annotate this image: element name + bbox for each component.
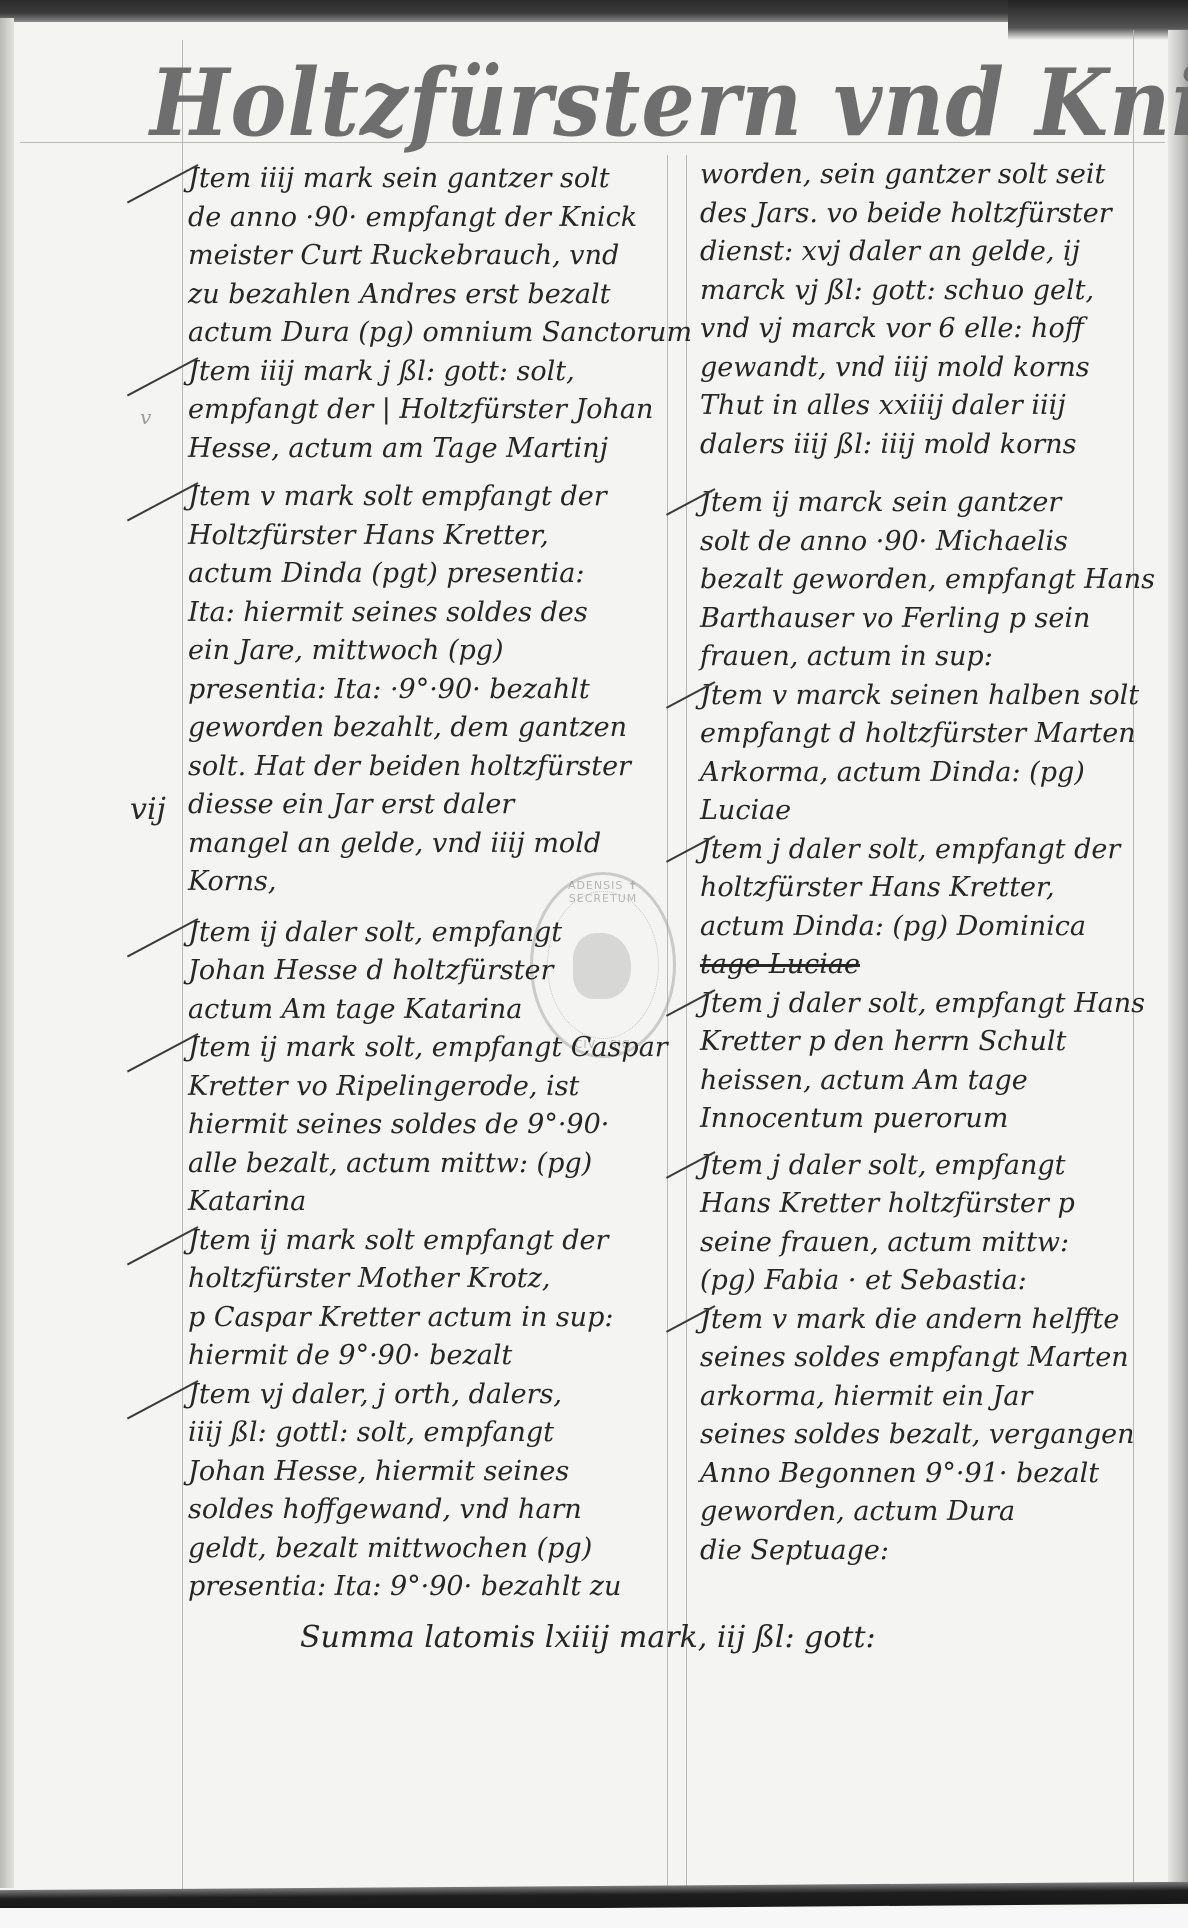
entry-line: holtzfürster Mother Krotz,	[188, 1260, 668, 1299]
entry-line: iiij ßl: gottl: solt, empfangt	[188, 1414, 668, 1453]
entry-line: des Jars. vo beide holtzfürster	[700, 195, 1155, 234]
entry-line: de anno ·90· empfangt der Knick	[188, 199, 668, 238]
ledger-entry: Jtem j daler solt, empfangt Hans Kretter…	[700, 1147, 1155, 1301]
entry-line: solt. Hat der beiden holtzfürster	[188, 748, 668, 787]
entry-line: seines soldes bezalt, vergangen	[700, 1416, 1155, 1455]
entry-line: frauen, actum in sup:	[700, 638, 1155, 677]
ledger-entry: Jtem ij mark solt, empfangt Caspar Krett…	[188, 1029, 668, 1222]
entry-line: vnd vj marck vor 6 elle: hoff	[700, 310, 1155, 349]
page-left-edge	[0, 18, 14, 1888]
entry-line: Kretter vo Ripelingerode, ist	[188, 1068, 668, 1107]
left-margin-rule	[182, 40, 183, 1890]
entry-line: gewandt, vnd iiij mold korns	[700, 349, 1155, 388]
entry-line: presentia: Ita: 9°·90· bezahlt zu	[188, 1568, 668, 1607]
ledger-entry: Jtem iiij mark sein gantzer solt de anno…	[188, 160, 668, 353]
entry-line: alle bezalt, actum mittw: (pg)	[188, 1145, 668, 1184]
entry-line: die Septuage:	[700, 1532, 1155, 1571]
entry-line: hiermit de 9°·90· bezalt	[188, 1337, 668, 1376]
entry-line: Thut in alles xxiiij daler iiij	[700, 387, 1155, 426]
entry-line: seines soldes empfangt Marten	[700, 1339, 1155, 1378]
entry-line: Johan Hesse d holtzfürster	[188, 952, 668, 991]
page-right-edge	[1168, 30, 1188, 1890]
entry-line: Jtem ij mark solt empfangt der	[188, 1222, 668, 1261]
ledger-entry: Jtem v marck seinen halben solt empfangt…	[700, 677, 1155, 831]
entry-line: marck vj ßl: gott: schuo gelt,	[700, 272, 1155, 311]
entry-line: Jtem iiij mark j ßl: gott: solt,	[188, 353, 668, 392]
entry-line: Jtem ij marck sein gantzer	[700, 484, 1155, 523]
entry-line: actum Dura (pg) omnium Sanctorum	[188, 314, 668, 353]
entry-line: mangel an gelde, vnd iiij mold	[188, 825, 668, 864]
ledger-entry: Jtem v mark die andern helffte seines so…	[700, 1301, 1155, 1571]
entry-line: Jtem v mark die andern helffte	[700, 1301, 1155, 1340]
entry-line: ein Jare, mittwoch (pg)	[188, 632, 668, 671]
entry-line: zu bezahlen Andres erst bezalt	[188, 276, 668, 315]
ledger-entry: Jtem v mark solt empfangt der Holtzfürst…	[188, 478, 668, 902]
entry-line: solt de anno ·90· Michaelis	[700, 523, 1155, 562]
entry-line: actum Dinda (pgt) presentia:	[188, 555, 668, 594]
entry-line: Holtzfürster Hans Kretter,	[188, 517, 668, 556]
entry-line: worden, sein gantzer solt seit	[700, 156, 1155, 195]
entry-line: Arkorma, actum Dinda: (pg)	[700, 754, 1155, 793]
entry-line: Jtem j daler solt, empfangt der	[700, 831, 1155, 870]
left-column: Jtem iiij mark sein gantzer solt de anno…	[188, 160, 668, 1607]
entry-line: actum Dinda: (pg) Dominica	[700, 908, 1155, 947]
entry-line: empfangt d holtzfürster Marten	[700, 715, 1155, 754]
ledger-entry: Jtem ij marck sein gantzer solt de anno …	[700, 484, 1155, 677]
entry-line: Luciae	[700, 792, 1155, 831]
entry-line: Jtem j daler solt, empfangt	[700, 1147, 1155, 1186]
ledger-entry: Jtem ij daler solt, empfangt Johan Hesse…	[188, 914, 668, 1030]
entry-line-struck: tage Luciae	[700, 946, 1155, 985]
entry-line: Korns,	[188, 863, 668, 902]
entry-line: bezalt geworden, empfangt Hans	[700, 561, 1155, 600]
ledger-entry: Jtem vj daler, j orth, dalers, iiij ßl: …	[188, 1376, 668, 1607]
page-total-summary: Summa latomis lxiiij mark, iij ßl: gott:	[300, 1620, 876, 1655]
entry-line: dienst: xvj daler an gelde, ij	[700, 233, 1155, 272]
entry-line: arkorma, hiermit ein Jar	[700, 1378, 1155, 1417]
margin-mark: v	[140, 405, 151, 429]
entry-line: Innocentum puerorum	[700, 1100, 1155, 1139]
entry-line: meister Curt Ruckebrauch, vnd	[188, 237, 668, 276]
scan-bottom-strip	[0, 1908, 1188, 1928]
entry-line: Jtem ij daler solt, empfangt	[188, 914, 668, 953]
entry-line: Hans Kretter holtzfürster p	[700, 1185, 1155, 1224]
entry-line: Jtem iiij mark sein gantzer solt	[188, 160, 668, 199]
entry-line: geldt, bezalt mittwochen (pg)	[188, 1530, 668, 1569]
entry-line: Jtem vj daler, j orth, dalers,	[188, 1376, 668, 1415]
entry-line: Jtem v mark solt empfangt der	[188, 478, 668, 517]
entry-line: empfangt der | Holtzfürster Johan	[188, 391, 668, 430]
right-column: worden, sein gantzer solt seit des Jars.…	[700, 156, 1155, 1570]
entry-line: Jtem v marck seinen halben solt	[700, 677, 1155, 716]
entry-line: Anno Begonnen 9°·91· bezalt	[700, 1455, 1155, 1494]
ledger-entry: Jtem ij mark solt empfangt der holtzfürs…	[188, 1222, 668, 1376]
entry-line: dalers iiij ßl: iiij mold korns	[700, 426, 1155, 465]
entry-line: (pg) Fabia · et Sebastia:	[700, 1262, 1155, 1301]
ledger-entry: Jtem j daler solt, empfangt Hans Kretter…	[700, 985, 1155, 1139]
entry-line: Kretter p den herrn Schult	[700, 1023, 1155, 1062]
entry-line: presentia: Ita: ·9°·90· bezahlt	[188, 671, 668, 710]
entry-line: heissen, actum Am tage	[700, 1062, 1155, 1101]
entry-line: actum Am tage Katarina	[188, 991, 668, 1030]
entry-line: geworden, actum Dura	[700, 1493, 1155, 1532]
page-title: Holtzfürstern vnd Kniuckmeister	[150, 48, 1160, 169]
entry-line: soldes hoffgewand, vnd harn	[188, 1491, 668, 1530]
entry-line: holtzfürster Hans Kretter,	[700, 869, 1155, 908]
entry-line: Barthauser vo Ferling p sein	[700, 600, 1155, 639]
entry-line: hiermit seines soldes de 9°·90·	[188, 1106, 668, 1145]
ledger-entry: Jtem iiij mark j ßl: gott: solt, empfang…	[188, 353, 668, 469]
entry-line: geworden bezahlt, dem gantzen	[188, 709, 668, 748]
entry-line: p Caspar Kretter actum in sup:	[188, 1299, 668, 1338]
entry-line: Ita: hiermit seines soldes des	[188, 594, 668, 633]
entry-line: Jtem ij mark solt, empfangt Caspar	[188, 1029, 668, 1068]
margin-note: vij	[130, 792, 166, 827]
ledger-entry: worden, sein gantzer solt seit des Jars.…	[700, 156, 1155, 464]
entry-line: diesse ein Jar erst daler	[188, 786, 668, 825]
scan-top-right-shadow	[1008, 0, 1188, 40]
entry-line: Jtem j daler solt, empfangt Hans	[700, 985, 1155, 1024]
entry-line: Hesse, actum am Tage Martinj	[188, 430, 668, 469]
entry-line: Katarina	[188, 1183, 668, 1222]
ledger-entry: Jtem j daler solt, empfangt der holtzfür…	[700, 831, 1155, 985]
entry-line: seine frauen, actum mittw:	[700, 1224, 1155, 1263]
entry-line: Johan Hesse, hiermit seines	[188, 1453, 668, 1492]
